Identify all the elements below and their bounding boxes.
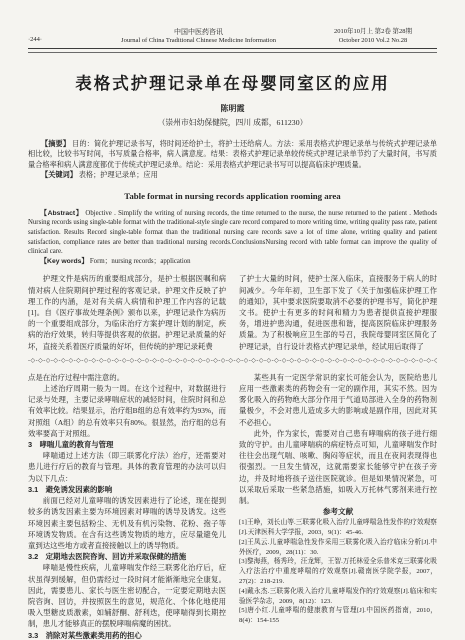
author-name: 陈明霞 bbox=[28, 103, 437, 114]
journal-title-block: 中国中医药咨讯 Journal of China Traditional Chi… bbox=[88, 28, 309, 45]
body-paragraph: 了护士大量的时间，使护士深入临床，直接服务于病人的时间减少。今年年初，卫生部下发… bbox=[239, 273, 437, 351]
section-heading: 3.3 消除对某些激素类用药的担心 bbox=[28, 630, 226, 640]
reference-item: [3]黎海燕，杨秀玲，汪龙辉，王智.万托林爱全乐普米克三联雾化吸入疗法治疗中重度… bbox=[239, 557, 437, 586]
article-title: 表格式护理记录单在母婴同室区的应用 bbox=[28, 70, 437, 94]
reference-item: [2]王凤云.儿童哮喘急性发作采用三联雾化吸入治疗临床分析[J].中外医疗，20… bbox=[239, 538, 437, 558]
keywords-en-label: 【Key words】 bbox=[40, 258, 88, 265]
abstract-label: 【摘要】 bbox=[41, 139, 70, 148]
abstract-cn: 【摘要】 目的：简化护理记录书写，将时间还给护士，将护士还给病人。方法：采用表格… bbox=[28, 139, 437, 181]
header-rule bbox=[28, 48, 437, 53]
body-paragraph: 护理文件是病历的重要组成部分，是护士根据医嘱和病情对病人住院期间护理过程的客观记… bbox=[28, 273, 226, 351]
paragraph: 前面已经对儿童哮喘的诱发因素进行了论述，现在提到较多的诱发因素主要为环境因素对哮… bbox=[28, 495, 226, 551]
reference-item: [5]唐小红.儿童哮喘的健康教育与管理[J].中国医药指南，2010，8(4)：… bbox=[239, 606, 437, 626]
references-title: 参考文献 bbox=[239, 506, 437, 518]
paragraph: 点是在治疗过程中需注意的。 bbox=[28, 372, 226, 383]
abstract-en-paragraph: 【Abstract】 Objective . Simplify the writ… bbox=[28, 209, 437, 257]
journal-page: ·244· 中国中医药咨讯 Journal of China Tradition… bbox=[0, 0, 465, 640]
reference-item: [4]戴永杰.三联雾化吸入治疗儿童哮喘发作的疗效观察[J].临床和实验医学杂志，… bbox=[239, 587, 437, 607]
continued-article-body: 点是在治疗过程中需注意的。 上述治疗周期一般为一周。在这个过程中，对数据进行记录… bbox=[28, 372, 437, 640]
page-number: ·244· bbox=[28, 36, 88, 46]
reference-item: [1]王峥，刘长山等.三联雾化吸入治疗儿童哮喘急性发作的疗效观察[J].天津医科… bbox=[239, 518, 437, 538]
issue-info-en: October 2010 Vol.2 No.28 bbox=[309, 37, 437, 46]
keywords-en-paragraph: 【Key words】 Form；nursing records；applica… bbox=[28, 257, 437, 267]
abstract-text: 目的：简化护理记录书写，将时间还给护士，将护士还给病人。方法：采用表格式护理记录… bbox=[28, 140, 437, 169]
paragraph: 哮喘通过上述方法（即三联雾化疗法）治疗，还需要对患儿进行疗后的教育与管理。具体的… bbox=[28, 450, 226, 484]
keywords-text: 表格；护理记录单；应用 bbox=[79, 171, 158, 179]
continued-column-right: 某些具有一定医学常识的家长可能会认为，医院给患儿应用一些激素类的药物会有一定的副… bbox=[239, 372, 437, 640]
journal-header: ·244· 中国中医药咨讯 Journal of China Tradition… bbox=[28, 28, 437, 45]
section-heading: 3 哮喘儿童的教育与管理 bbox=[28, 439, 226, 450]
issue-info-block: 2010年10月上 第2卷 第28期 October 2010 Vol.2 No… bbox=[309, 28, 437, 45]
abstract-en: 【Abstract】 Objective . Simplify the writ… bbox=[28, 209, 437, 267]
section-divider: -◇-◇-◇-◇-◇-◇-◇-◇-◇-◇-◇-◇-◇-◇-◇-◇-◇-◇-◇-◇… bbox=[28, 357, 437, 365]
body-column-right: 了护士大量的时间，使护士深入临床，直接服务于病人的时间减少。今年年初，卫生部下发… bbox=[239, 273, 437, 351]
paragraph: 哮喘是慢性疾病，儿童哮喘发作经三联雾化治疗后，症状虽得到缓解，但仍需经过一段时间… bbox=[28, 562, 226, 629]
paragraph: 此外，作为家长，需要对自己患有哮喘病的孩子进行细致的守护。由儿童哮喘病的病症特点… bbox=[239, 428, 437, 506]
continued-column-left: 点是在治疗过程中需注意的。 上述治疗周期一般为一周。在这个过程中，对数据进行记录… bbox=[28, 372, 226, 640]
article-title-en: Table format in nursing records applicat… bbox=[28, 191, 437, 201]
section-heading: 3.2 定期地去医院咨询、回访并采取保健的措施 bbox=[28, 551, 226, 562]
abstract-en-text: Objective . Simplify the writing of nurs… bbox=[28, 210, 437, 255]
journal-title-en: Journal of China Traditional Chinese Med… bbox=[88, 37, 309, 46]
body-column-left: 护理文件是病历的重要组成部分，是护士根据医嘱和病情对病人住院期间护理过程的客观记… bbox=[28, 273, 226, 351]
paragraph: 某些具有一定医学常识的家长可能会认为，医院给患儿应用一些激素类的药物会有一定的副… bbox=[239, 372, 437, 428]
abstract-en-label: 【Abstract】 bbox=[40, 210, 83, 217]
article-body: 护理文件是病历的重要组成部分，是护士根据医嘱和病情对病人住院期间护理过程的客观记… bbox=[28, 273, 437, 351]
keywords-en-text: Form；nursing records；application bbox=[90, 258, 191, 265]
paragraph: 上述治疗周期一般为一周。在这个过程中，对数据进行记录与处理，主要记录哮喘症状的减… bbox=[28, 383, 226, 439]
keywords-label: 【关键词】 bbox=[41, 170, 77, 179]
journal-title-cn: 中国中医药咨讯 bbox=[88, 28, 309, 37]
keywords-paragraph: 【关键词】 表格；护理记录单；应用 bbox=[28, 170, 437, 181]
section-heading: 3.1 避免诱发因素的影响 bbox=[28, 484, 226, 495]
abstract-paragraph: 【摘要】 目的：简化护理记录书写，将时间还给护士，将护士还给病人。方法：采用表格… bbox=[28, 139, 437, 171]
issue-info-cn: 2010年10月上 第2卷 第28期 bbox=[309, 28, 437, 37]
affiliation: （崇州市妇幼保健院，四川 成都，611230） bbox=[28, 117, 437, 128]
